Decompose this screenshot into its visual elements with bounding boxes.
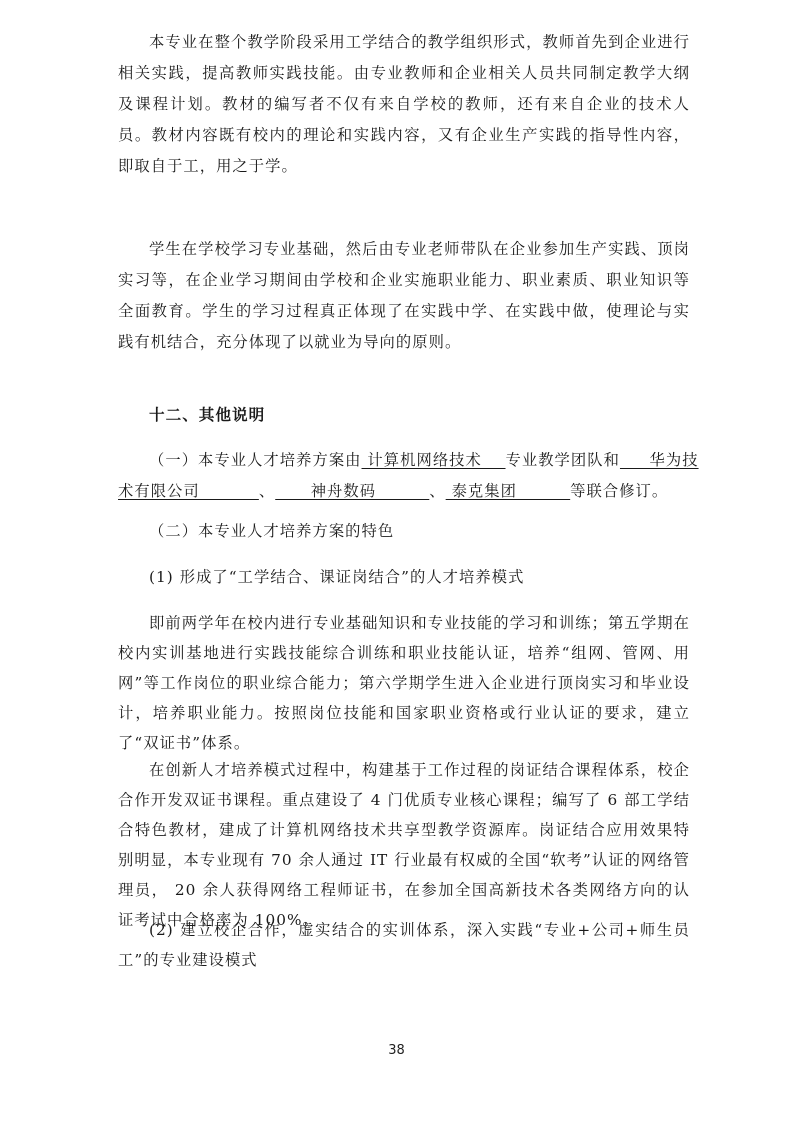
item-2-title: (2) 建立校企合作，虚实结合的实训体系，深入实践“专业+公司+师生员工”的专业…: [118, 915, 690, 975]
body-paragraph-teaching-form: 本专业在整个教学阶段采用工学结合的教学组织形式，教师首先到企业进行相关实践，提高…: [118, 27, 690, 182]
section-heading: 十二、其他说明: [149, 403, 265, 425]
item-1-paragraph-schedule: 即前两学年在校内进行专业基础知识和专业技能的学习和训练；第五学期在校内实训基地进…: [118, 608, 690, 758]
company2-blank: 神舟数码: [275, 482, 429, 500]
body-paragraph-student-learning: 学生在学校学习专业基础，然后由专业老师带队在企业参加生产实践、顶岗实习等，在企业…: [118, 234, 690, 358]
company1-blank-part2: 术有限公司: [118, 482, 259, 500]
company3-blank: 泰克集团: [446, 482, 571, 500]
item-1-paragraph-innovation: 在创新人才培养模式过程中，构建基于工作过程的岗证结合课程体系，校企合作开发双证书…: [118, 755, 690, 935]
sub-heading-features: （二）本专业人才培养方案的特色: [149, 516, 690, 547]
major-name-blank: 计算机网络技术: [362, 451, 506, 469]
separator-1: 、: [259, 482, 275, 500]
separator-2: 、: [429, 482, 445, 500]
revision-prefix: （一）本专业人才培养方案由: [149, 451, 362, 469]
item-1-title: (1) 形成了“工学结合、课证岗结合”的人才培养模式: [149, 562, 690, 593]
revision-suffix: 等联合修订。: [570, 482, 668, 500]
revision-statement-line-2: 术有限公司 、 神舟数码 、 泰克集团 等联合修订。: [118, 476, 668, 507]
page-number: 38: [0, 1043, 793, 1058]
revision-statement-line-1: （一）本专业人才培养方案由 计算机网络技术 专业教学团队和 华为技: [149, 445, 699, 476]
revision-middle: 专业教学团队和: [506, 451, 620, 469]
company1-blank-part1: 华为技: [620, 451, 699, 469]
